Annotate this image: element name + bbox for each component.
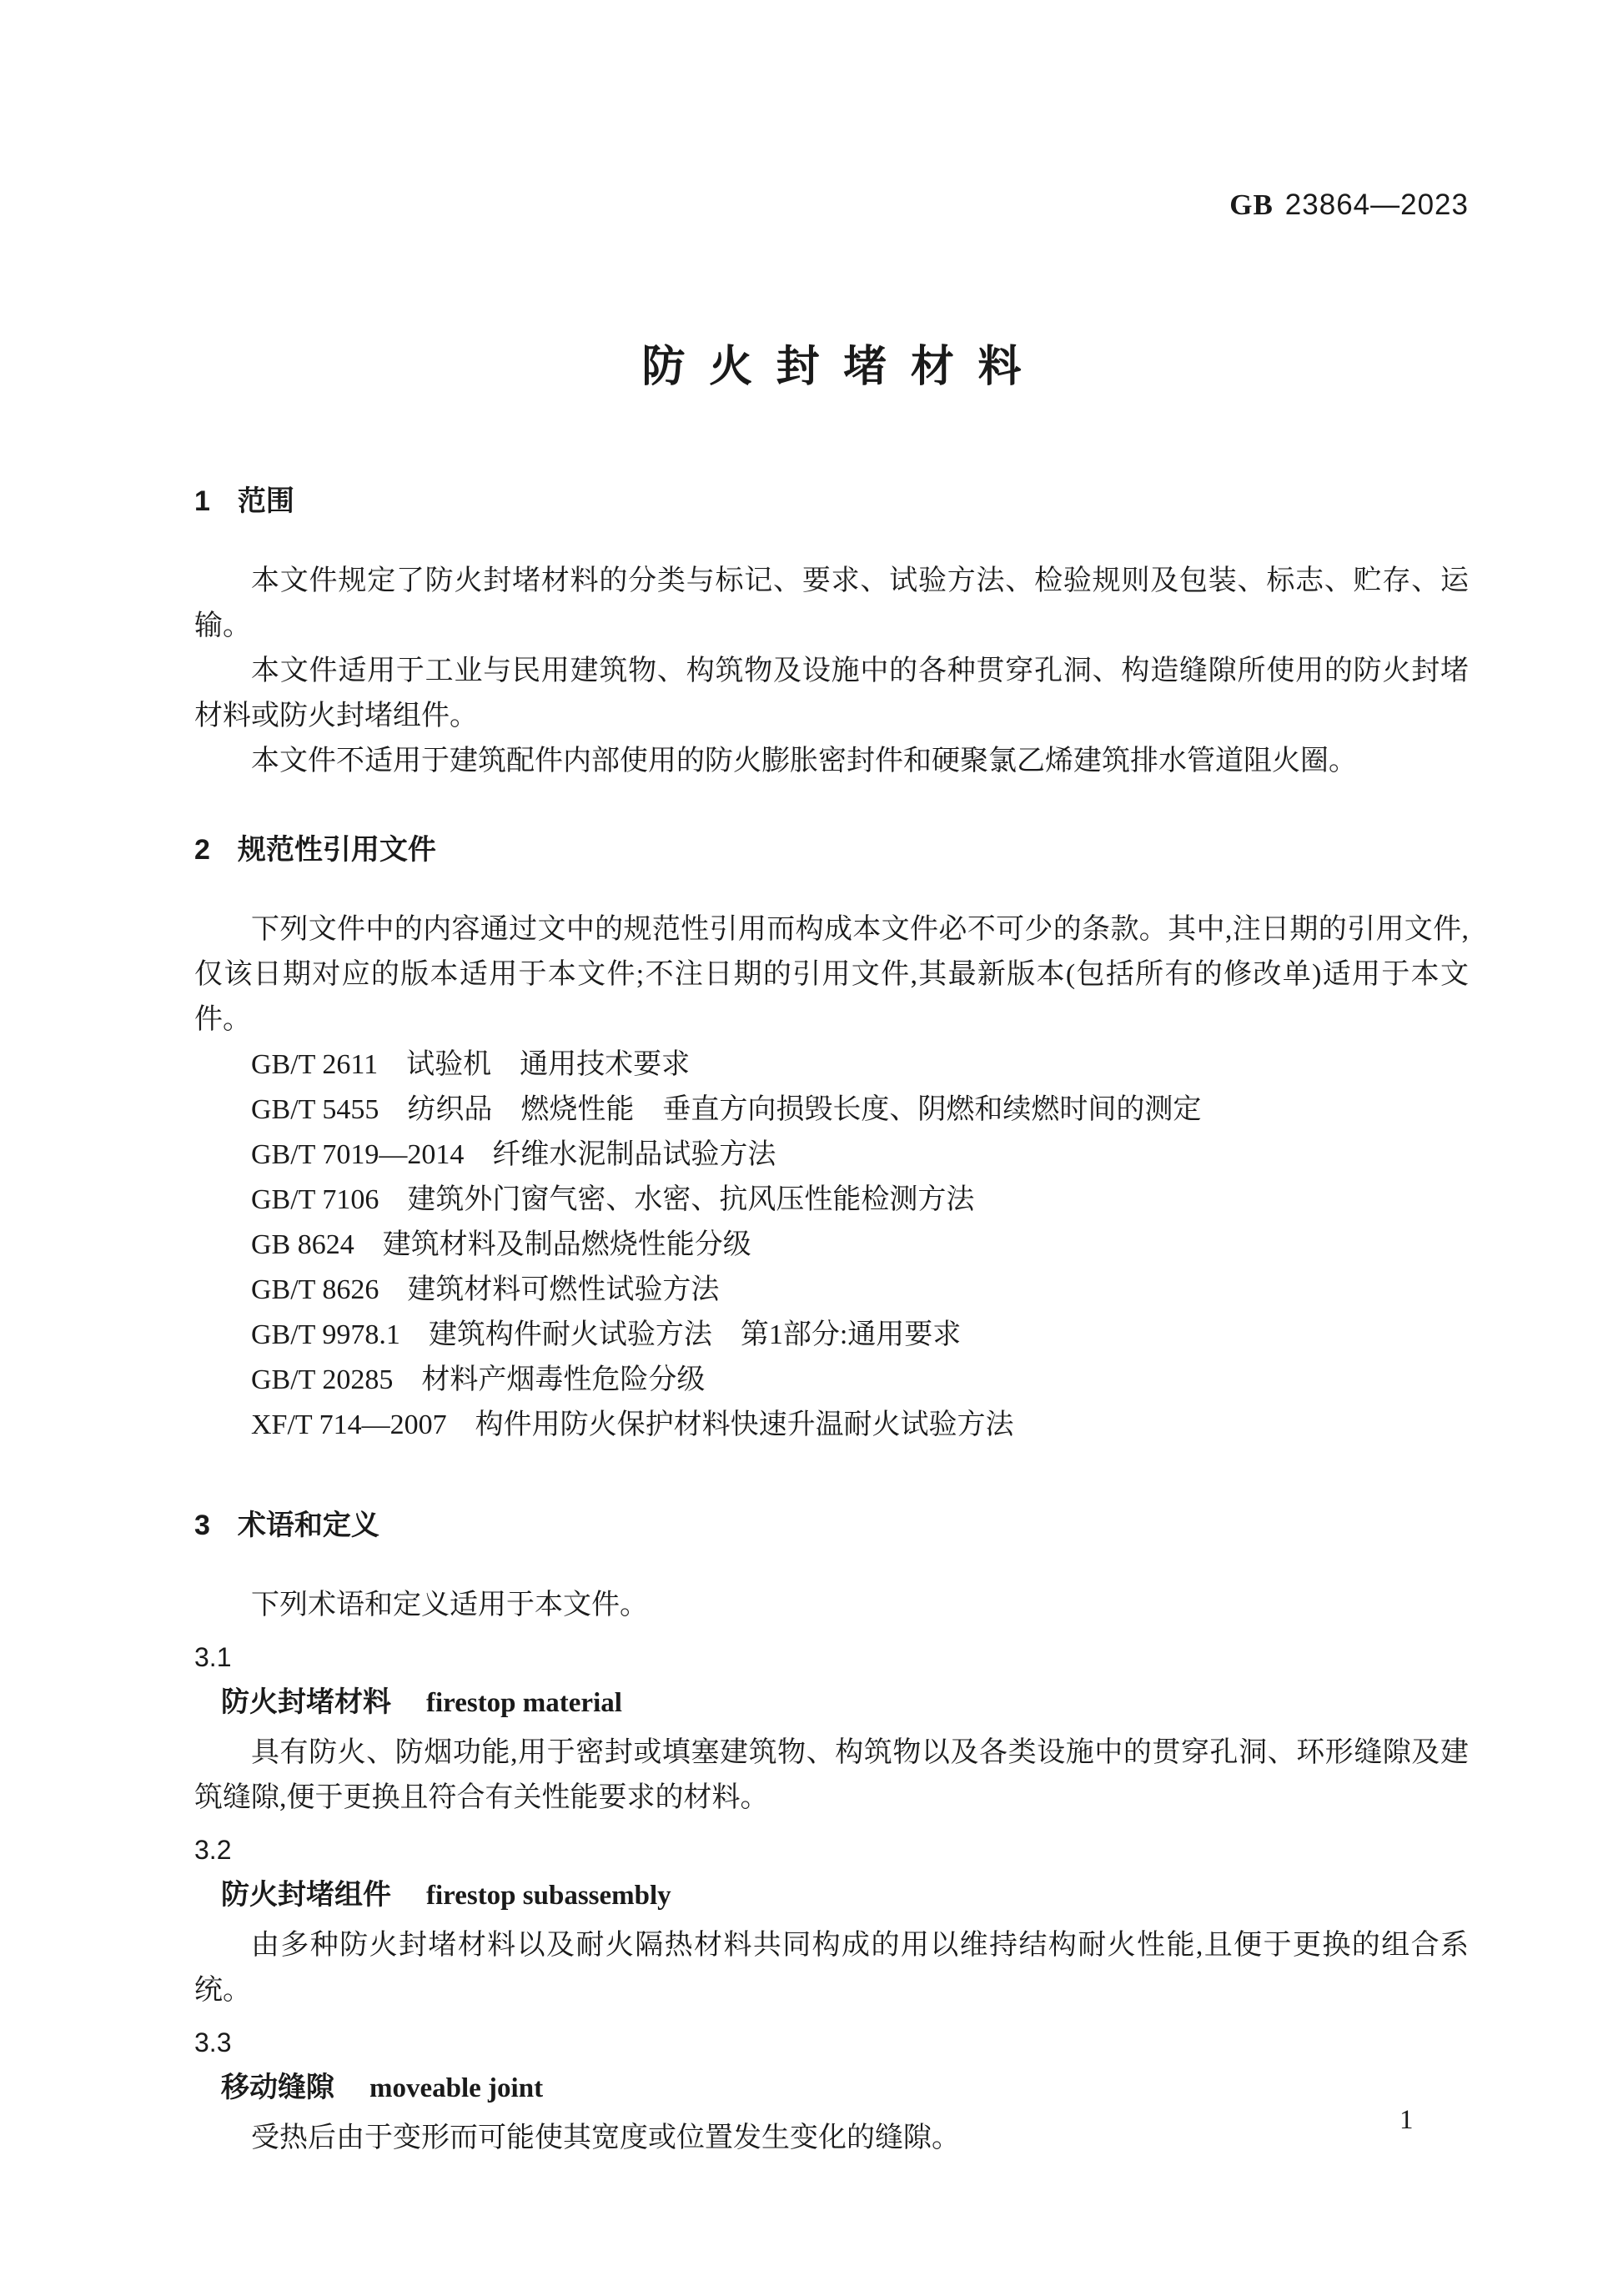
term-chinese: 移动缝隙	[221, 2072, 334, 2103]
section-title: 范围	[238, 485, 294, 517]
section-number: 1	[194, 479, 210, 524]
section-scope: 1范围 本文件规定了防火封堵材料的分类与标记、要求、试验方法、检验规则及包装、标…	[194, 479, 1469, 784]
page-content: GB23864—2023 防火封堵材料 1范围 本文件规定了防火封堵材料的分类与…	[194, 0, 1469, 2161]
reference-item: GB/T 7019—2014 纤维水泥制品试验方法	[194, 1133, 1469, 1178]
section-title: 术语和定义	[238, 1510, 379, 1541]
term-definition: 由多种防火封堵材料以及耐火隔热材料共同构成的用以维持结构耐火性能,且便于更换的组…	[194, 1923, 1469, 2013]
reference-item: GB/T 20285 材料产烟毒性危险分级	[194, 1358, 1469, 1403]
term-title: 防火封堵材料firestop material	[194, 1680, 1469, 1731]
term-definition: 受热后由于变形而可能使其宽度或位置发生变化的缝隙。	[194, 2116, 1469, 2161]
standard-document-page: { "header": { "code_prefix": "GB", "code…	[0, 0, 1623, 2296]
clause-number: 3.3	[194, 2020, 1469, 2065]
section-number: 2	[194, 827, 210, 872]
section-terms-definitions: 3术语和定义 下列术语和定义适用于本文件。 3.1 防火封堵材料firestop…	[194, 1503, 1469, 2161]
terms-intro: 下列术语和定义适用于本文件。	[194, 1583, 1469, 1628]
scope-paragraph: 本文件适用于工业与民用建筑物、构筑物及设施中的各种贯穿孔洞、构造缝隙所使用的防火…	[194, 649, 1469, 739]
references-list: GB/T 2611 试验机 通用技术要求 GB/T 5455 纺织品 燃烧性能 …	[194, 1042, 1469, 1448]
document-title: 防火封堵材料	[194, 342, 1469, 392]
term-english: firestop material	[426, 1688, 622, 1718]
term-chinese: 防火封堵材料	[221, 1686, 391, 1718]
section-normative-references: 2规范性引用文件 下列文件中的内容通过文中的规范性引用而构成本文件必不可少的条款…	[194, 827, 1469, 1448]
term-title: 防火封堵组件firestop subassembly	[194, 1872, 1469, 1923]
term-chinese: 防火封堵组件	[221, 1879, 391, 1911]
reference-item: GB/T 8626 建筑材料可燃性试验方法	[194, 1268, 1469, 1313]
section-terms-heading: 3术语和定义	[194, 1503, 1469, 1548]
reference-item: GB/T 7106 建筑外门窗气密、水密、抗风压性能检测方法	[194, 1178, 1469, 1223]
term-definition: 具有防火、防烟功能,用于密封或填塞建筑物、构筑物以及各类设施中的贯穿孔洞、环形缝…	[194, 1731, 1469, 1821]
section-title: 规范性引用文件	[238, 834, 436, 866]
standard-code-prefix: GB	[1229, 188, 1274, 221]
reference-item: GB/T 2611 试验机 通用技术要求	[194, 1042, 1469, 1088]
term-english: firestop subassembly	[426, 1881, 671, 1911]
section-number: 3	[194, 1503, 210, 1548]
section-references-heading: 2规范性引用文件	[194, 827, 1469, 872]
reference-item: GB/T 9978.1 建筑构件耐火试验方法 第1部分:通用要求	[194, 1313, 1469, 1358]
page-number: 1	[1399, 2103, 1414, 2137]
term-title: 移动缝隙moveable joint	[194, 2065, 1469, 2116]
term-clause-3-3: 3.3 移动缝隙moveable joint 受热后由于变形而可能使其宽度或位置…	[194, 2020, 1469, 2161]
standard-code: GB23864—2023	[194, 187, 1469, 224]
references-intro: 下列文件中的内容通过文中的规范性引用而构成本文件必不可少的条款。其中,注日期的引…	[194, 907, 1469, 1042]
clause-number: 3.2	[194, 1827, 1469, 1872]
scope-paragraph: 本文件不适用于建筑配件内部使用的防火膨胀密封件和硬聚氯乙烯建筑排水管道阻火圈。	[194, 739, 1469, 784]
term-clause-3-1: 3.1 防火封堵材料firestop material 具有防火、防烟功能,用于…	[194, 1635, 1469, 1821]
term-english: moveable joint	[369, 2073, 543, 2103]
term-clause-3-2: 3.2 防火封堵组件firestop subassembly 由多种防火封堵材料…	[194, 1827, 1469, 2013]
standard-code-number: 23864—2023	[1285, 188, 1469, 221]
clause-number: 3.1	[194, 1635, 1469, 1680]
reference-item: GB 8624 建筑材料及制品燃烧性能分级	[194, 1223, 1469, 1268]
section-scope-heading: 1范围	[194, 479, 1469, 524]
reference-item: XF/T 714—2007 构件用防火保护材料快速升温耐火试验方法	[194, 1403, 1469, 1448]
reference-item: GB/T 5455 纺织品 燃烧性能 垂直方向损毁长度、阴燃和续燃时间的测定	[194, 1088, 1469, 1133]
scope-paragraph: 本文件规定了防火封堵材料的分类与标记、要求、试验方法、检验规则及包装、标志、贮存…	[194, 559, 1469, 649]
